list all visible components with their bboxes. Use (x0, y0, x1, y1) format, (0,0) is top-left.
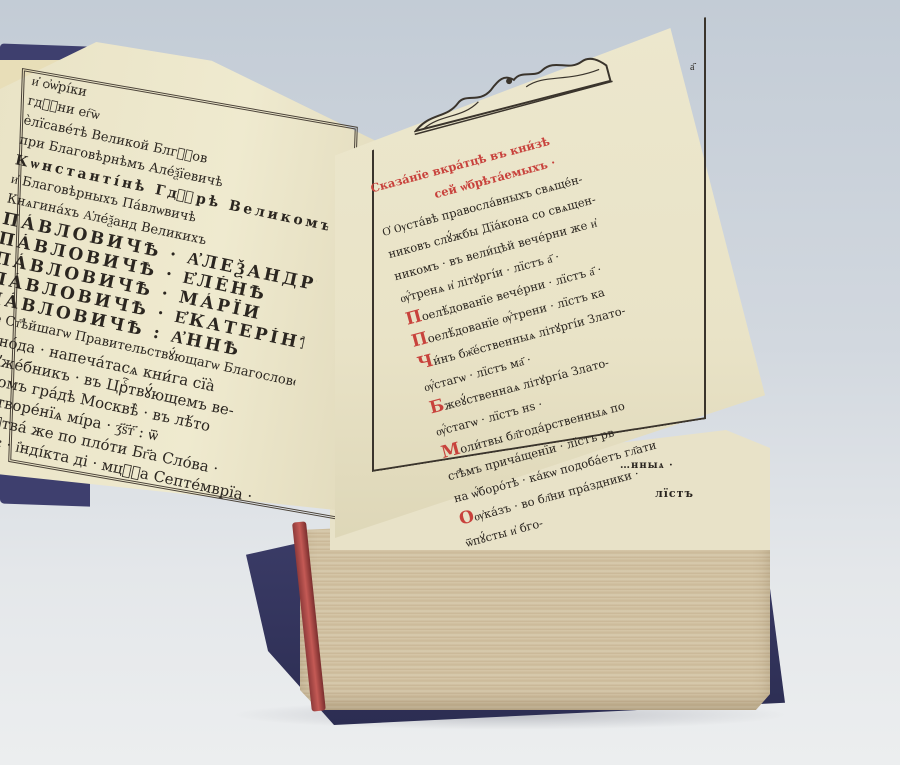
page-marker: а҃ (690, 62, 694, 73)
